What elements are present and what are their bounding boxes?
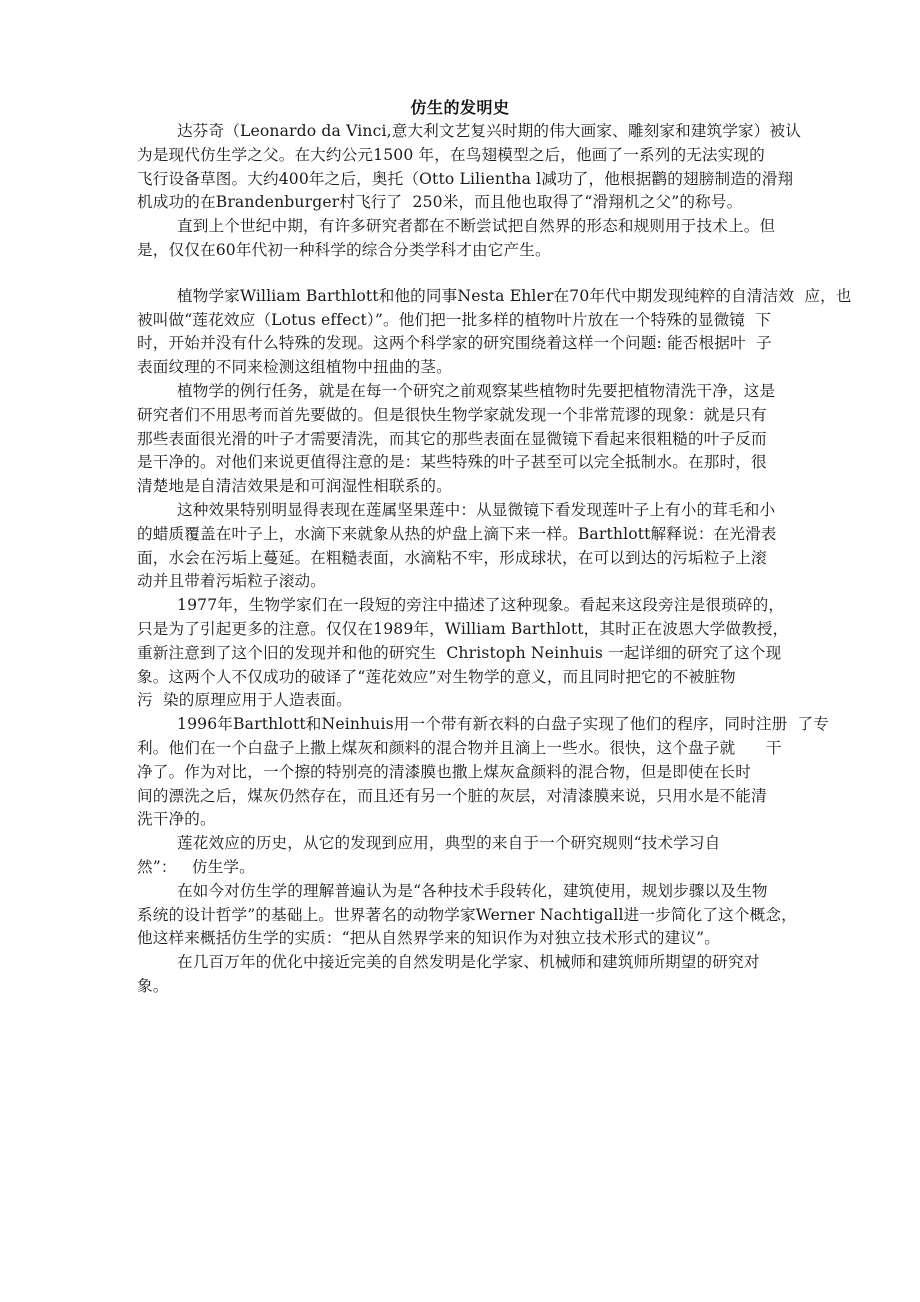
text-line: 被叫做“莲花效应（Lotus effect）”。他们把一批多样的植物叶片放在一个… <box>137 309 797 333</box>
document-body: 达芬奇（Leonardo da Vinci,意大利文艺复兴时期的伟大画家、雕刻家… <box>137 120 797 999</box>
text-line: 为是现代仿生学之父。在大约公元1500 年，在鸟翅模型之后，他画了一系列的无法实… <box>137 144 797 168</box>
paragraph-conclusion: 在几百万年的优化中接近完美的自然发明是化学家、机械师和建筑师所期望的研究对 象。 <box>137 951 797 999</box>
blank-line <box>137 263 797 285</box>
paragraph-lotus-effect: 这种效果特别明显得表现在莲属坚果莲中：从显微镜下看发现莲叶子上有小的茸毛和小 的… <box>137 499 797 594</box>
text-line: 清楚地是自清洁效果是和可润湿性相联系的。 <box>137 475 797 499</box>
paragraph-history: 莲花效应的历史，从它的发现到应用，典型的来自于一个研究规则“技术学习自 然”： … <box>137 832 797 880</box>
text-line: 是，仅仅在60年代初一种科学的综合分类学科才由它产生。 <box>137 239 797 263</box>
text-line: 植物学的例行任务，就是在每一个研究之前观察某些植物时先要把植物清洗干净，这是 <box>137 380 797 404</box>
text-line: 达芬奇（Leonardo da Vinci,意大利文艺复兴时期的伟大画家、雕刻家… <box>137 120 797 144</box>
text-line: 象。这两个人不仅成功的破译了“莲花效应”对生物学的意义，而且同时把它的不被脏物 <box>137 666 797 690</box>
paragraph-1996: 1996年Barthlott和Neinhuis用一个带有新衣料的白盘子实现了他们… <box>137 713 797 832</box>
text-line: 污 染的原理应用于人造表面。 <box>137 689 797 713</box>
text-line: 1996年Barthlott和Neinhuis用一个带有新衣料的白盘子实现了他们… <box>137 713 797 737</box>
paragraph-bionics-definition: 在如今对仿生学的理解普遍认为是“各种技术手段转化，建筑使用，规划步骤以及生物 系… <box>137 880 797 951</box>
text-line: 飞行设备草图。大约400年之后，奥托（Otto Lilientha l减功了，他… <box>137 168 797 192</box>
text-line: 植物学家William Barthlott和他的同事Nesta Ehler在70… <box>137 285 797 309</box>
paragraph-routine-task: 植物学的例行任务，就是在每一个研究之前观察某些植物时先要把植物清洗干净，这是 研… <box>137 380 797 499</box>
text-line: 这种效果特别明显得表现在莲属坚果莲中：从显微镜下看发现莲叶子上有小的茸毛和小 <box>137 499 797 523</box>
paragraph-lotus-discovery: 植物学家William Barthlott和他的同事Nesta Ehler在70… <box>137 285 797 380</box>
text-line: 机成功的在Brandenburger村飞行了 250米，而且他也取得了“滑翔机之… <box>137 191 797 215</box>
text-line: 然”： 仿生学。 <box>137 856 797 880</box>
text-line: 在几百万年的优化中接近完美的自然发明是化学家、机械师和建筑师所期望的研究对 <box>137 951 797 975</box>
text-line: 面，水会在污垢上蔓延。在粗糙表面，水滴粘不牢，形成球状，在可以到达的污垢粒子上滚 <box>137 547 797 571</box>
document-title: 仿生的发明史 <box>0 97 920 119</box>
text-line: 的蜡质覆盖在叶子上，水滴下来就象从热的炉盘上滴下来一样。Barthlott解释说… <box>137 523 797 547</box>
paragraph-mid-century: 直到上个世纪中期，有许多研究者都在不断尝试把自然界的形态和规则用于技术上。但 是… <box>137 215 797 263</box>
paragraph-da-vinci: 达芬奇（Leonardo da Vinci,意大利文艺复兴时期的伟大画家、雕刻家… <box>137 120 797 215</box>
text-line: 净了。作为对比，一个擦的特别亮的清漆膜也撒上煤灰盒颜料的混合物，但是即使在长时 <box>137 761 797 785</box>
text-line: 他这样来概括仿生学的实质：“把从自然界学来的知识作为对独立技术形式的建议”。 <box>137 927 797 951</box>
text-line: 动并且带着污垢粒子滚动。 <box>137 570 797 594</box>
text-line: 间的漂洗之后，煤灰仍然存在，而且还有另一个脏的灰层，对清漆膜来说，只用水是不能清 <box>137 785 797 809</box>
text-line: 直到上个世纪中期，有许多研究者都在不断尝试把自然界的形态和规则用于技术上。但 <box>137 215 797 239</box>
text-line: 在如今对仿生学的理解普遍认为是“各种技术手段转化，建筑使用，规划步骤以及生物 <box>137 880 797 904</box>
text-line: 洗干净的。 <box>137 808 797 832</box>
text-line: 是干净的。对他们来说更值得注意的是：某些特殊的叶子甚至可以完全抵制水。在那时，很 <box>137 451 797 475</box>
text-line: 表面纹理的不同来检测这组植物中扭曲的茎。 <box>137 356 797 380</box>
text-line: 1977年，生物学家们在一段短的旁注中描述了这种现象。看起来这段旁注是很琐碎的， <box>137 594 797 618</box>
text-line: 那些表面很光滑的叶子才需要清洗，而其它的那些表面在显微镜下看起来很粗糙的叶子反而 <box>137 428 797 452</box>
paragraph-1977: 1977年，生物学家们在一段短的旁注中描述了这种现象。看起来这段旁注是很琐碎的，… <box>137 594 797 713</box>
text-line: 利。他们在一个白盘子上撒上煤灰和颜料的混合物并且滴上一些水。很快，这个盘子就 干 <box>137 737 797 761</box>
text-line: 象。 <box>137 975 797 999</box>
document-page: 仿生的发明史 达芬奇（Leonardo da Vinci,意大利文艺复兴时期的伟… <box>0 0 920 1302</box>
text-line: 重新注意到了这个旧的发现并和他的研究生 Christoph Neinhuis 一… <box>137 642 797 666</box>
text-line: 时，开始并没有什么特殊的发现。这两个科学家的研究围绕着这样一个问题: 能否根据叶… <box>137 332 797 356</box>
text-line: 系统的设计哲学”的基础上。世界著名的动物学家Werner Nachtigall进… <box>137 904 797 928</box>
text-line: 研究者们不用思考而首先要做的。但是很快生物学家就发现一个非常荒谬的现象：就是只有 <box>137 404 797 428</box>
text-line: 只是为了引起更多的注意。仅仅在1989年，William Barthlott，其… <box>137 618 797 642</box>
text-line: 莲花效应的历史，从它的发现到应用，典型的来自于一个研究规则“技术学习自 <box>137 832 797 856</box>
